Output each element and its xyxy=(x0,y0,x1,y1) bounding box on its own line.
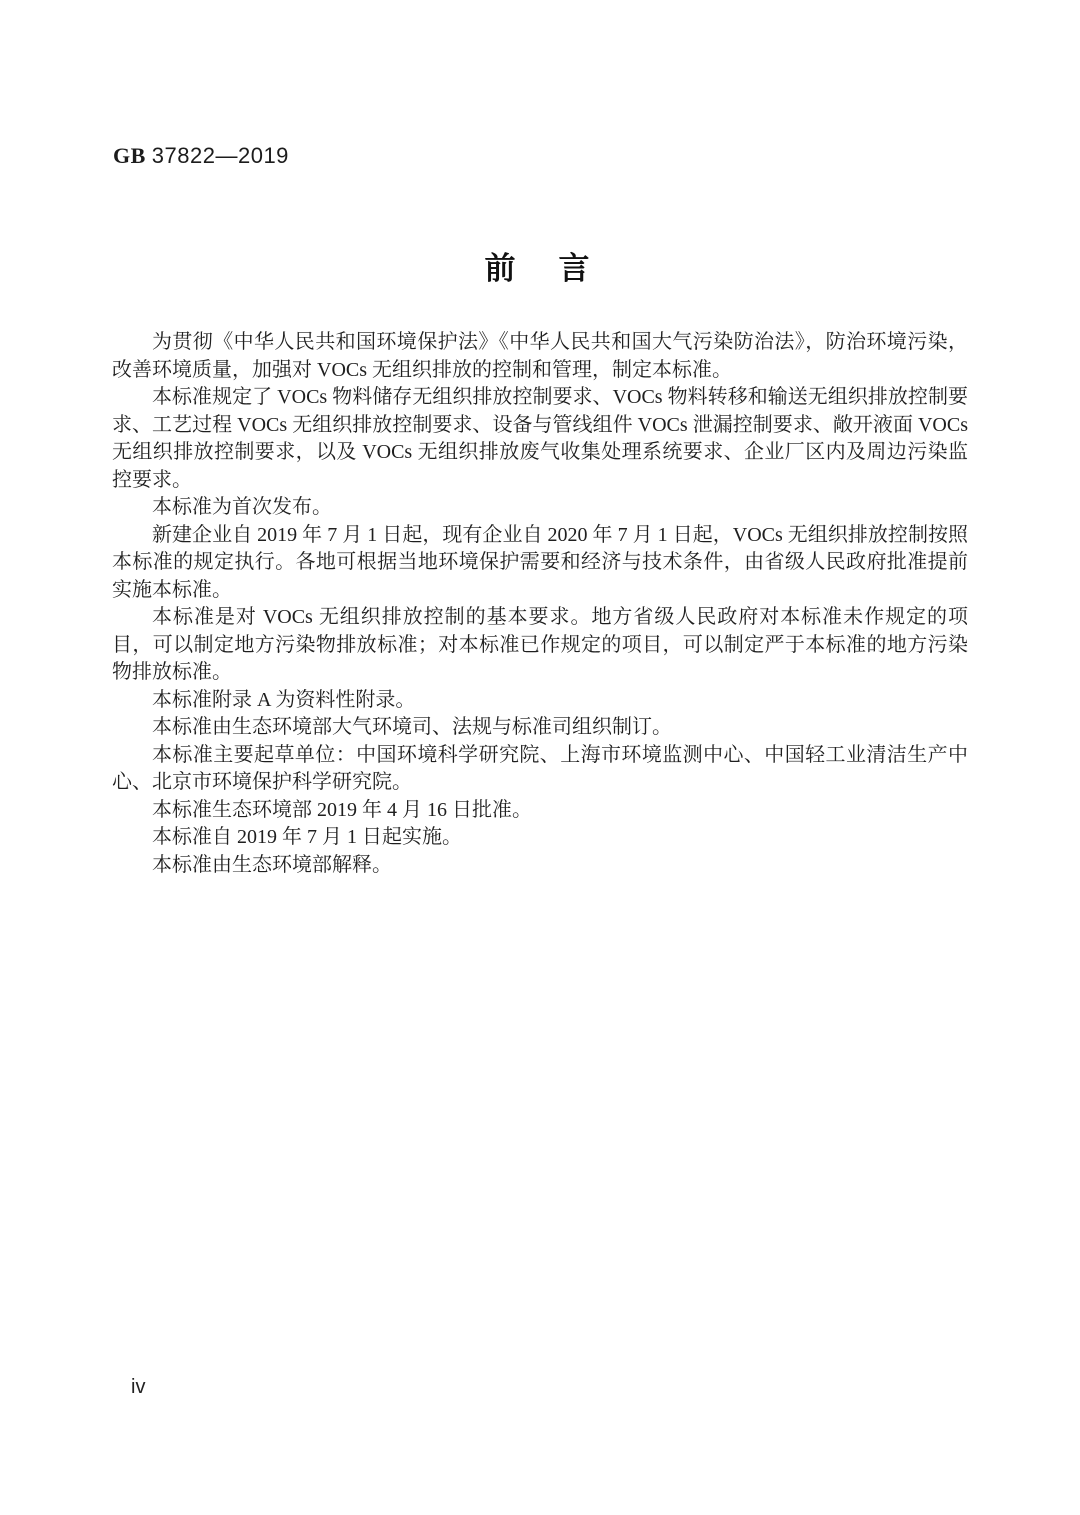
document-title: 前 言 xyxy=(113,243,967,288)
page-number: iv xyxy=(131,1376,145,1399)
paragraph: 新建企业自 2019 年 7 月 1 日起，现有企业自 2020 年 7 月 1… xyxy=(112,522,968,605)
paragraph: 本标准为首次发布。 xyxy=(112,494,968,522)
standard-code: GB 37822—2019 xyxy=(113,143,289,169)
paragraph: 本标准生态环境部 2019 年 4 月 16 日批准。 xyxy=(112,797,968,825)
paragraph: 本标准由生态环境部大气环境司、法规与标准司组织制订。 xyxy=(112,714,968,742)
paragraph: 为贯彻《中华人民共和国环境保护法》《中华人民共和国大气污染防治法》，防治环境污染… xyxy=(112,329,968,384)
paragraph: 本标准由生态环境部解释。 xyxy=(112,852,968,880)
foreword-body: 为贯彻《中华人民共和国环境保护法》《中华人民共和国大气污染防治法》，防治环境污染… xyxy=(112,329,968,879)
document-page: GB 37822—2019 前 言 为贯彻《中华人民共和国环境保护法》《中华人民… xyxy=(0,0,1080,1515)
paragraph: 本标准是对 VOCs 无组织排放控制的基本要求。地方省级人民政府对本标准未作规定… xyxy=(112,604,968,687)
standard-code-number: 37822—2019 xyxy=(152,143,289,168)
paragraph: 本标准规定了 VOCs 物料储存无组织排放控制要求、VOCs 物料转移和输送无组… xyxy=(112,384,968,494)
paragraph: 本标准自 2019 年 7 月 1 日起实施。 xyxy=(112,824,968,852)
paragraph: 本标准主要起草单位：中国环境科学研究院、上海市环境监测中心、中国轻工业清洁生产中… xyxy=(112,742,968,797)
standard-code-prefix: GB xyxy=(113,143,146,168)
paragraph: 本标准附录 A 为资料性附录。 xyxy=(112,687,968,715)
